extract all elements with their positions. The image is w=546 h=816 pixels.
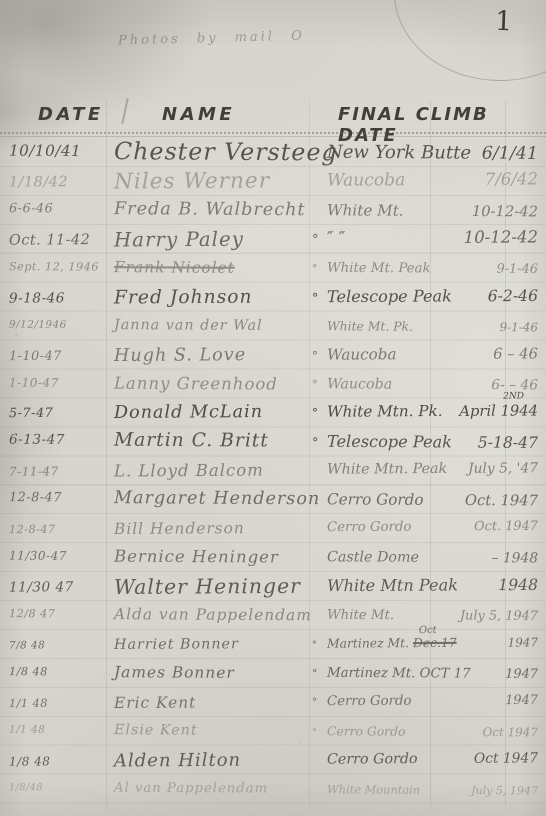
row-climb: Castle Dome — [327, 550, 492, 567]
row-final-climb: New York Butte 6/1/41 — [312, 142, 538, 164]
row-name: Fred Johnson — [114, 287, 253, 309]
row-name: Walter Heninger — [114, 574, 301, 599]
row-climb-date: 9-1-46 — [499, 320, 538, 334]
row-name: Alda van Pappelendam — [114, 606, 312, 625]
row-climb: White Mtn. Peak — [327, 462, 468, 479]
circle-marker: ° — [312, 668, 327, 680]
register-rows: 10/10/41 Chester Versteeg New York Butte… — [0, 138, 546, 804]
row-final-climb: ° White Mt. Peak 9-1-46 — [312, 261, 538, 277]
row-name: Eric Kent — [114, 694, 196, 713]
row-climb: Cerro Gordo — [327, 491, 465, 510]
row-climb-date: Oct. 1947 — [474, 520, 538, 535]
row-climb-date: 9-1-46 — [496, 262, 538, 277]
row-name: Margaret Henderson — [114, 489, 320, 510]
row-date: 6-13-47 — [9, 432, 65, 448]
row-name: Al van Pappelendam — [114, 781, 268, 797]
row-climb-date: 1947 — [505, 667, 538, 682]
row-final-climb: ° White Mtn. Pk. 2ND April 1944 — [312, 402, 538, 421]
row-final-climb: ° Cerro Gordo 1947 — [312, 693, 538, 709]
row-name: Harry Paley — [114, 228, 244, 252]
table-row: 7/8 48 Harriet Bonner ° Martinez Mt. Oct… — [0, 628, 546, 660]
page-curl-corner — [394, 0, 546, 81]
header-date: DATE — [38, 104, 104, 125]
row-climb-date: 6- – 46 — [491, 377, 538, 393]
row-final-climb: ° Cerro Gordo Oct 1947 — [312, 724, 538, 739]
row-final-climb: ° Waucoba 6- – 46 — [312, 376, 538, 393]
row-climb: Telescope Peak — [327, 286, 488, 306]
page-number: 1 — [494, 6, 512, 38]
row-climb-date: 6-2-46 — [488, 286, 538, 305]
row-climb-date: July 5, 1947 — [471, 784, 538, 797]
row-date: 7-11-47 — [9, 465, 59, 479]
row-climb: Telescope Peak — [327, 433, 478, 453]
row-final-climb: Cerro Gordo Oct. 1947 — [312, 491, 538, 510]
row-date: 1/8 48 — [9, 755, 50, 769]
table-row: 1/18/42 Niles Werner Waucoba 7/6/42 — [0, 165, 546, 197]
row-climb-correction-group: Oct Dec.17 — [413, 636, 457, 650]
row-final-climb: Waucoba 7/6/42 — [312, 170, 538, 191]
row-final-climb: ° Martinez Mt. OCT 17 1947 — [312, 666, 538, 682]
table-row: Sept. 12, 1946 Frank Nicolet ° White Mt.… — [0, 252, 546, 284]
row-climb: Martinez Mt. Oct Dec.17 — [327, 636, 508, 651]
row-name: Frank Nicolet — [114, 258, 235, 277]
row-final-climb: ° Telescope Peak 6-2-46 — [312, 286, 538, 306]
row-climb: Waucoba — [327, 345, 493, 364]
row-final-climb: ° ″ ″ 10-12-42 — [312, 228, 538, 249]
row-climb: Cerro Gordo — [327, 693, 505, 709]
row-climb: Cerro Gordo — [327, 725, 483, 740]
table-row: 1/8 48 James Bonner ° Martinez Mt. OCT 1… — [0, 657, 546, 689]
table-row: 1-10-47 Lanny Greenhood ° Waucoba 6- – 4… — [0, 368, 546, 400]
row-climb-date: Oct 1947 — [482, 725, 538, 739]
row-final-climb: ° Waucoba 6 – 46 — [312, 344, 538, 363]
row-name: Niles Werner — [114, 169, 270, 195]
row-name: Lanny Greenhood — [114, 374, 278, 394]
row-final-climb: White Mountain July 5, 1947 — [312, 782, 538, 797]
row-climb: White Mt. — [327, 608, 460, 624]
table-row: 11/30 47 Walter Heninger White Mtn Peak … — [0, 570, 546, 602]
row-final-climb: Cerro Gordo Oct. 1947 — [312, 520, 538, 536]
row-name: Elsie Kent — [114, 722, 198, 738]
row-date: 11/30 47 — [9, 580, 74, 596]
row-climb: Cerro Gordo — [327, 520, 474, 536]
row-final-climb: ° Telescope Peak 5-18-47 — [312, 433, 538, 453]
row-climb-date: 1948 — [498, 575, 538, 594]
row-name: Chester Versteeg — [114, 138, 338, 167]
row-climb-date: July 5, 1947 — [460, 609, 538, 624]
table-row: 11/30-47 Bernice Heninger Castle Dome – … — [0, 542, 546, 574]
circle-marker: ° — [312, 291, 327, 306]
row-name: Bill Henderson — [114, 520, 245, 539]
circle-marker: ° — [312, 407, 327, 421]
table-row: 1/1 48 Eric Kent ° Cerro Gordo 1947 — [0, 686, 546, 718]
row-name: Alden Hilton — [114, 750, 241, 772]
row-climb: White Mountain — [327, 782, 471, 797]
table-row: 1-10-47 Hugh S. Love ° Waucoba 6 – 46 — [0, 339, 546, 371]
row-date: 1/1 48 — [9, 724, 45, 736]
row-climb: White Mtn Peak — [327, 576, 498, 596]
row-name: Janna van der Wal — [114, 317, 263, 334]
row-date: 6-6-46 — [9, 201, 53, 216]
scanned-register-page: 1 Photos by mail O DATE NAME FINAL CLIMB… — [0, 0, 546, 816]
row-climb: Cerro Gordo — [327, 751, 474, 768]
row-final-climb: White Mtn. Peak July 5, '47 — [312, 461, 538, 478]
header-name: NAME — [162, 104, 235, 125]
row-name: Bernice Heninger — [114, 547, 279, 567]
row-date: 11/30-47 — [9, 549, 67, 563]
row-climb-date: July 5, '47 — [468, 461, 538, 477]
table-row: 9/12/1946 Janna van der Wal White Mt. Pk… — [0, 310, 546, 342]
row-date: 5-7-47 — [9, 407, 53, 422]
row-climb-date: Oct 1947 — [474, 751, 538, 767]
row-climb-date: 10-12-42 — [472, 203, 538, 220]
row-climb-date: 6 – 46 — [493, 345, 538, 362]
row-name: James Bonner — [114, 664, 235, 683]
row-climb-date: – 1948 — [492, 551, 538, 567]
row-date: 1/8 48 — [9, 665, 48, 678]
table-row: 1/8/48 Al van Pappelendam White Mountain… — [0, 773, 546, 805]
row-final-climb: White Mt. July 5, 1947 — [312, 608, 538, 624]
row-date: 9-18-46 — [9, 290, 65, 306]
second-climb-superscript: 2ND — [503, 392, 524, 402]
row-climb-date: Oct. 1947 — [465, 493, 538, 510]
row-date: 12/8 47 — [9, 608, 55, 621]
row-date: 1-10-47 — [9, 349, 62, 364]
row-climb: Waucoba — [327, 376, 491, 393]
row-date: 1/1 48 — [9, 697, 48, 710]
row-date: 1/18/42 — [9, 175, 68, 191]
struck-text: Dec.17 — [413, 636, 457, 650]
row-climb-date: 5-18-47 — [478, 433, 538, 452]
pencil-note: Photos by mail O — [118, 27, 378, 49]
row-date: 7/8 48 — [9, 640, 45, 652]
row-final-climb: Cerro Gordo Oct 1947 — [312, 751, 538, 768]
row-climb: Martinez Mt. OCT 17 — [327, 666, 505, 682]
row-date: 9/12/1946 — [9, 319, 67, 331]
correction-text: Oct — [419, 625, 437, 636]
row-final-climb: White Mtn Peak 1948 — [312, 575, 538, 595]
row-climb: Waucoba — [327, 170, 485, 191]
table-row: 5-7-47 Donald McLain ° White Mtn. Pk. 2N… — [0, 397, 546, 429]
table-row: 6-6-46 Freda B. Walbrecht White Mt. 10-1… — [0, 194, 546, 226]
circle-marker: ° — [312, 378, 327, 391]
row-name: L. Lloyd Balcom — [114, 461, 264, 481]
circle-marker: ° — [312, 696, 327, 708]
circle-marker: ° — [312, 640, 327, 651]
row-name: Donald McLain — [114, 403, 263, 424]
row-climb: White Mt. — [327, 202, 472, 221]
row-final-climb: ° Martinez Mt. Oct Dec.17 1947 — [312, 636, 538, 651]
circle-marker: ° — [312, 727, 327, 738]
circle-marker: ° — [312, 232, 327, 248]
table-row: Oct. 11-42 Harry Paley ° ″ ″ 10-12-42 — [0, 223, 546, 255]
row-name: Freda B. Walbrecht — [114, 200, 306, 221]
table-row: 1/8 48 Alden Hilton Cerro Gordo Oct 1947 — [0, 744, 546, 776]
row-final-climb: Castle Dome – 1948 — [312, 550, 538, 567]
table-header: DATE NAME FINAL CLIMB DATE — [0, 104, 546, 130]
row-climb: ″ ″ — [327, 228, 464, 249]
table-row: 1/1 48 Elsie Kent ° Cerro Gordo Oct 1947 — [0, 715, 546, 747]
table-row: 10/10/41 Chester Versteeg New York Butte… — [0, 137, 546, 169]
circle-marker: ° — [312, 349, 327, 363]
row-date: 1/8/48 — [9, 782, 43, 793]
row-climb-date: 6/1/41 — [482, 144, 538, 164]
circle-marker: ° — [312, 437, 327, 452]
table-row: 7-11-47 L. Lloyd Balcom White Mtn. Peak … — [0, 455, 546, 487]
row-date: 12-8-47 — [9, 491, 62, 506]
table-row: 12/8 47 Alda van Pappelendam White Mt. J… — [0, 600, 546, 632]
row-date: Oct. 11-42 — [9, 232, 90, 248]
table-row: 12-8-47 Margaret Henderson Cerro Gordo O… — [0, 484, 546, 516]
row-climb-date: 10-12-42 — [464, 228, 538, 247]
row-climb-date: 7/6/42 — [485, 170, 538, 189]
row-date: 10/10/41 — [9, 142, 81, 160]
row-name: Harriet Bonner — [114, 637, 239, 654]
circle-marker: ° — [312, 263, 327, 275]
header-underline — [0, 132, 546, 134]
row-climb-date: 2ND April 1944 — [459, 403, 538, 420]
table-row: 9-18-46 Fred Johnson ° Telescope Peak 6-… — [0, 281, 546, 313]
row-climb-date: 1947 — [505, 693, 538, 708]
row-climb-date: 1947 — [508, 636, 539, 650]
row-climb: White Mt. Peak — [327, 261, 497, 277]
row-climb: White Mtn. Pk. — [327, 403, 459, 422]
row-name: Hugh S. Love — [114, 345, 246, 366]
row-name: Martin C. Britt — [114, 431, 269, 453]
row-climb: White Mt. Pk. — [327, 319, 500, 334]
row-date: 12-8-47 — [9, 523, 56, 536]
row-date: 1-10-47 — [9, 376, 59, 390]
table-row: 6-13-47 Martin C. Britt ° Telescope Peak… — [0, 426, 546, 458]
row-date: Sept. 12, 1946 — [9, 260, 99, 273]
row-climb: New York Butte — [327, 142, 482, 164]
table-row: 12-8-47 Bill Henderson Cerro Gordo Oct. … — [0, 513, 546, 545]
row-final-climb: White Mt. Pk. 9-1-46 — [312, 319, 538, 334]
row-final-climb: White Mt. 10-12-42 — [312, 202, 538, 221]
